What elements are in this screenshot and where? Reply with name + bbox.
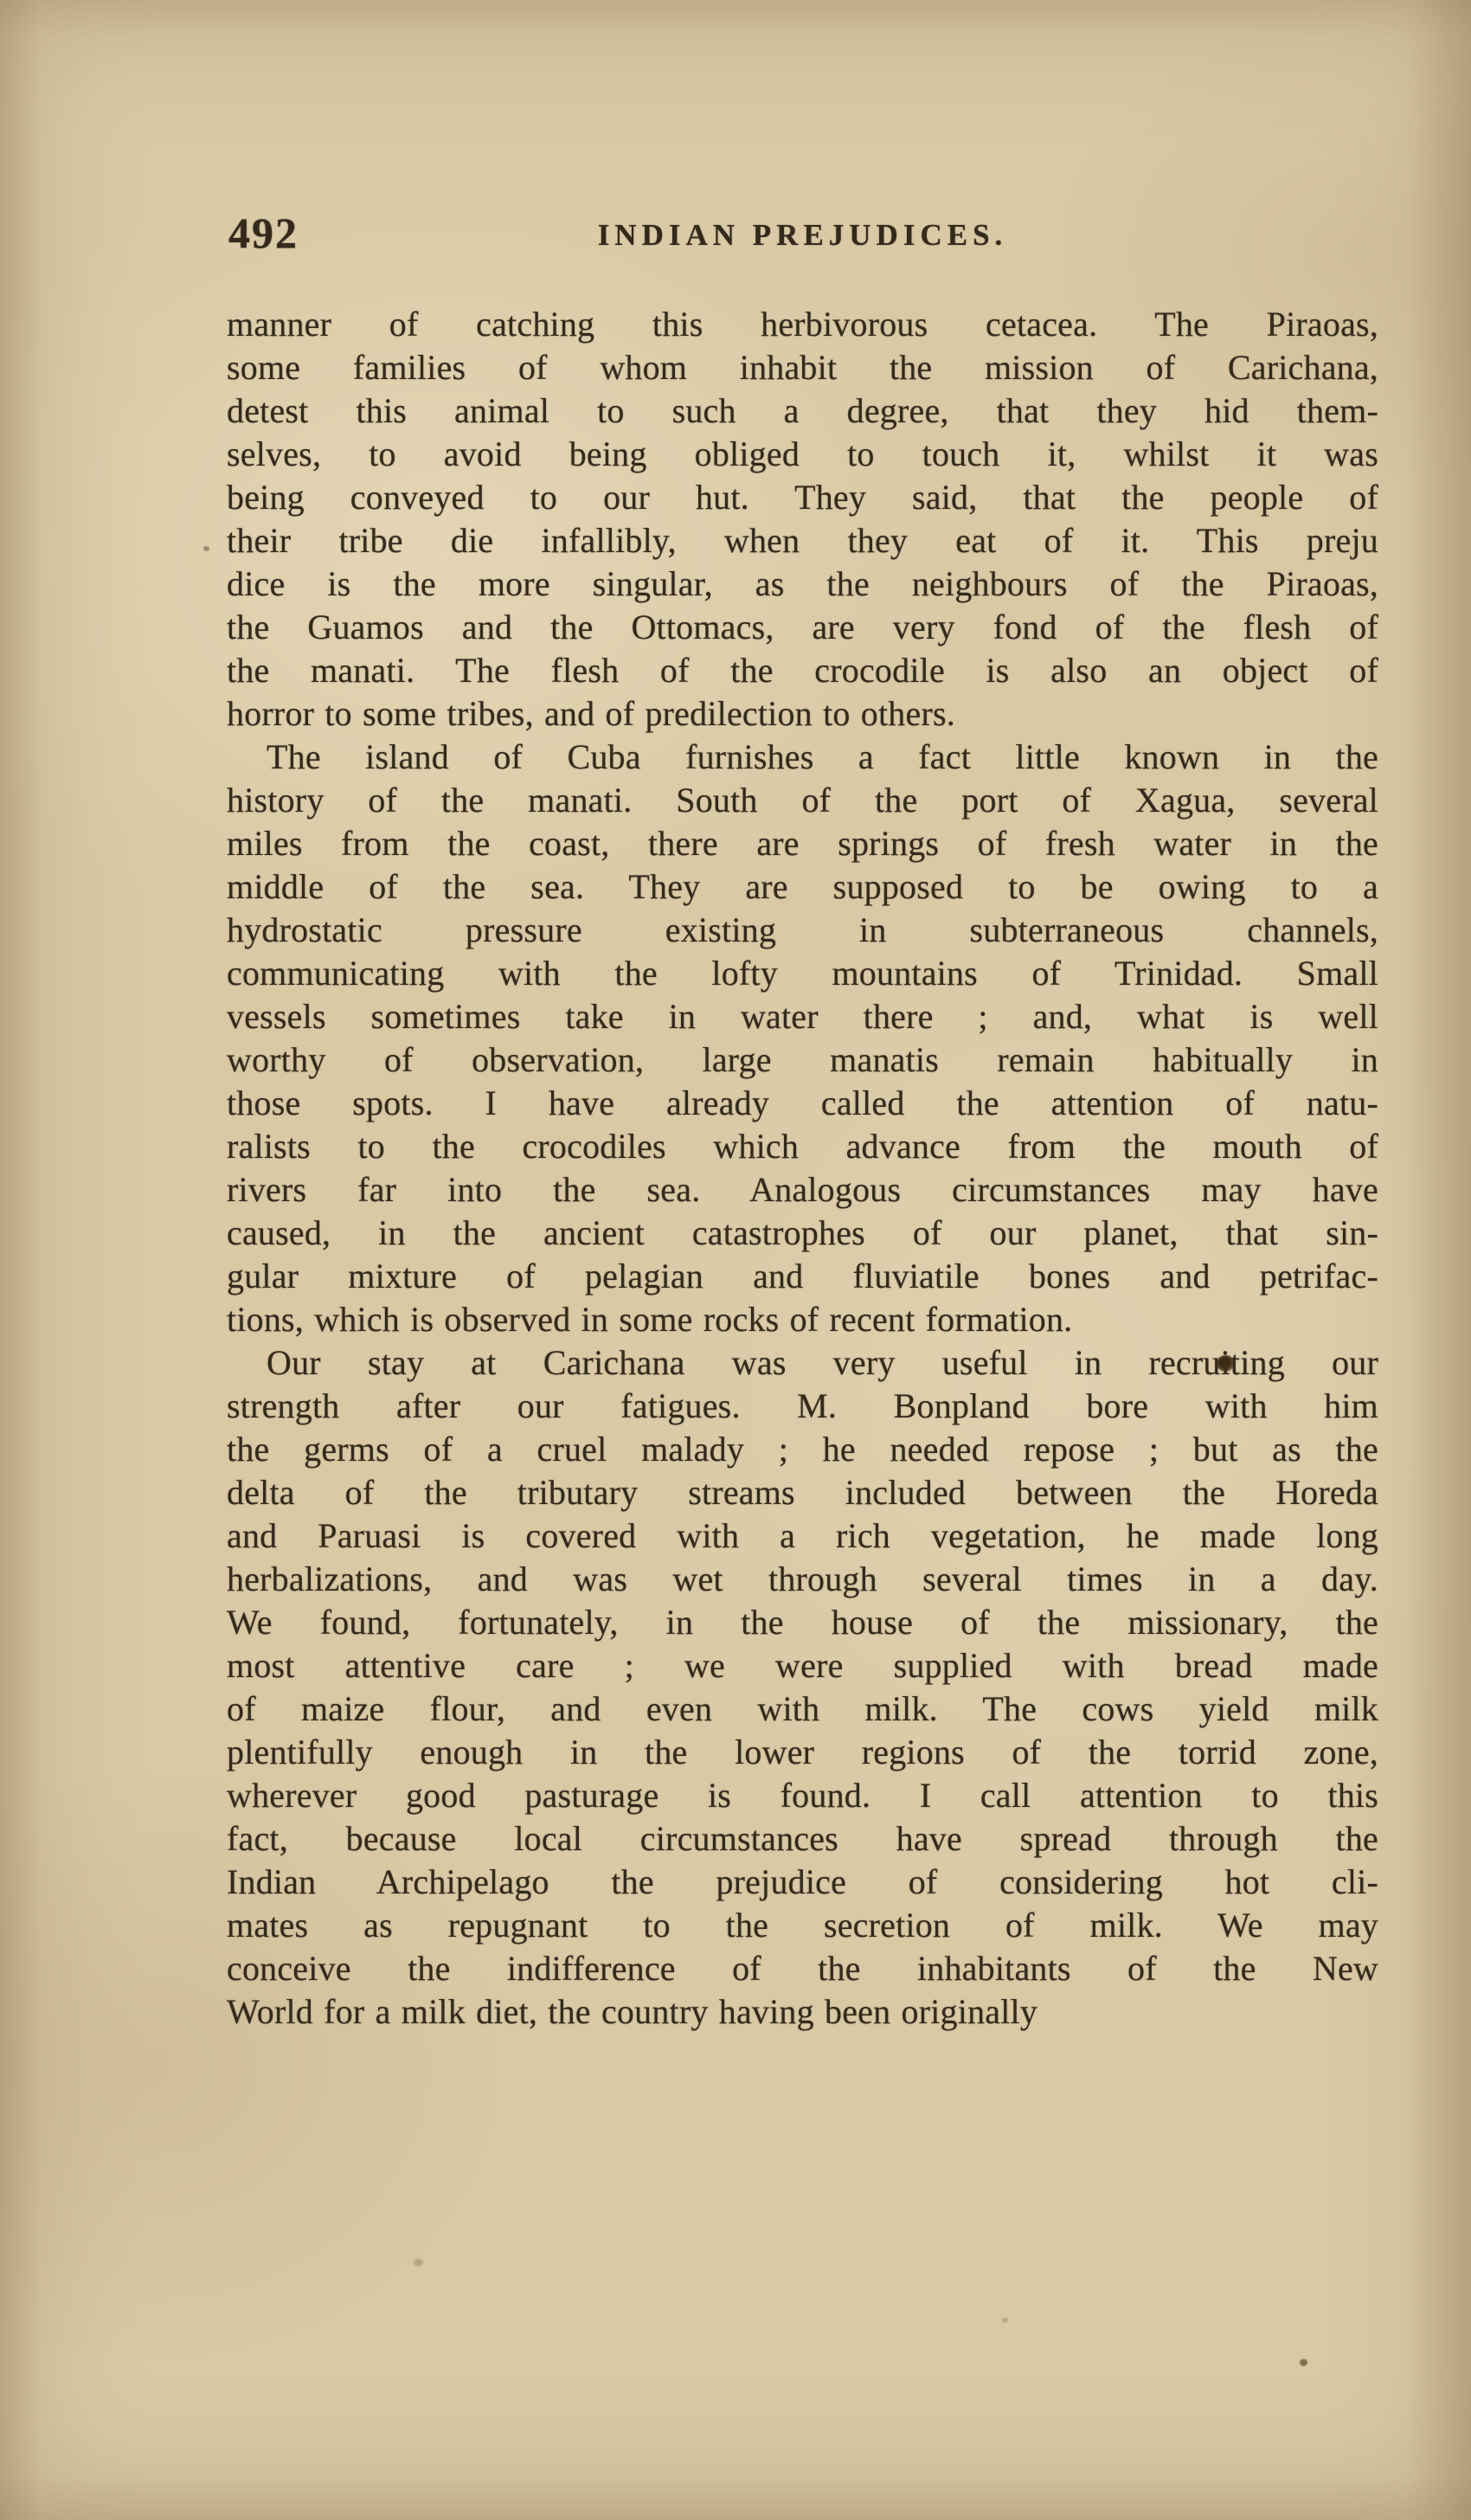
text-line: caused, in the ancient catastrophes of o…	[227, 1212, 1378, 1255]
text-line: miles from the coast, there are springs …	[227, 822, 1378, 865]
text-line: conceive the indifference of the inhabit…	[227, 1947, 1378, 1990]
text-line: those spots. I have already called the a…	[227, 1082, 1378, 1125]
text-line: detest this animal to such a degree, tha…	[227, 389, 1378, 433]
text-line: history of the manati. South of the port…	[227, 779, 1378, 822]
text-line: fact, because local circumstances have s…	[227, 1817, 1378, 1861]
text-line: mates as repugnant to the secretion of m…	[227, 1904, 1378, 1947]
text-line: rivers far into the sea. Analogous circu…	[227, 1168, 1378, 1212]
text-line: selves, to avoid being obliged to touch …	[227, 433, 1378, 476]
text-line: hydrostatic pressure existing in subterr…	[227, 909, 1378, 952]
text-line: Our stay at Carichana was very useful in…	[227, 1341, 1378, 1385]
paragraph: The island of Cuba furnishes a fact litt…	[227, 736, 1378, 1341]
text-line: We found, fortunately, in the house of t…	[227, 1601, 1378, 1644]
text-line: gular mixture of pelagian and fluviatile…	[227, 1255, 1378, 1298]
text-line: tions, which is observed in some rocks o…	[227, 1298, 1378, 1341]
paper-speck	[1002, 2317, 1008, 2323]
text-line: vessels sometimes take in water there ; …	[227, 995, 1378, 1038]
text-line: their tribe die infallibly, when they ea…	[227, 519, 1378, 562]
book-page: 492 INDIAN PREJUDICES. manner of catchin…	[0, 0, 1471, 2520]
text-line: dice is the more singular, as the neighb…	[227, 562, 1378, 606]
text-line: wherever good pasturage is found. I call…	[227, 1774, 1378, 1817]
paragraph: Our stay at Carichana was very useful in…	[227, 1341, 1378, 2034]
paragraph: manner of catching this herbivorous ceta…	[227, 303, 1378, 736]
text-line: World for a milk diet, the country havin…	[227, 1990, 1378, 2034]
text-line: some families of whom inhabit the missio…	[227, 346, 1378, 389]
text-line: ralists to the crocodiles which advance …	[227, 1125, 1378, 1168]
text-line: delta of the tributary streams included …	[227, 1471, 1378, 1514]
text-line: worthy of observation, large manatis rem…	[227, 1038, 1378, 1082]
page-text: manner of catching this herbivorous ceta…	[227, 303, 1378, 2034]
text-line: horror to some tribes, and of predilecti…	[227, 692, 1378, 736]
text-line: strength after our fatigues. M. Bonpland…	[227, 1385, 1378, 1428]
text-line: The island of Cuba furnishes a fact litt…	[227, 736, 1378, 779]
text-line: plentifully enough in the lower regions …	[227, 1731, 1378, 1774]
text-line: manner of catching this herbivorous ceta…	[227, 303, 1378, 346]
paper-speck	[414, 2259, 423, 2266]
text-line: middle of the sea. They are supposed to …	[227, 865, 1378, 909]
text-line: most attentive care ; we were supplied w…	[227, 1644, 1378, 1687]
paper-speck	[203, 546, 209, 551]
running-title: INDIAN PREJUDICES.	[227, 218, 1378, 253]
text-line: the germs of a cruel malady ; he needed …	[227, 1428, 1378, 1471]
text-line: being conveyed to our hut. They said, th…	[227, 476, 1378, 519]
text-line: herbalizations, and was wet through seve…	[227, 1558, 1378, 1601]
paper-speck	[1300, 2359, 1307, 2366]
text-line: Indian Archipelago the prejudice of cons…	[227, 1861, 1378, 1904]
text-line: the Guamos and the Ottomacs, are very fo…	[227, 606, 1378, 649]
text-line: the manati. The flesh of the crocodile i…	[227, 649, 1378, 692]
text-line: of maize flour, and even with milk. The …	[227, 1687, 1378, 1731]
ink-blot-stain	[1217, 1355, 1235, 1372]
text-line: communicating with the lofty mountains o…	[227, 952, 1378, 995]
text-line: and Paruasi is covered with a rich veget…	[227, 1514, 1378, 1558]
